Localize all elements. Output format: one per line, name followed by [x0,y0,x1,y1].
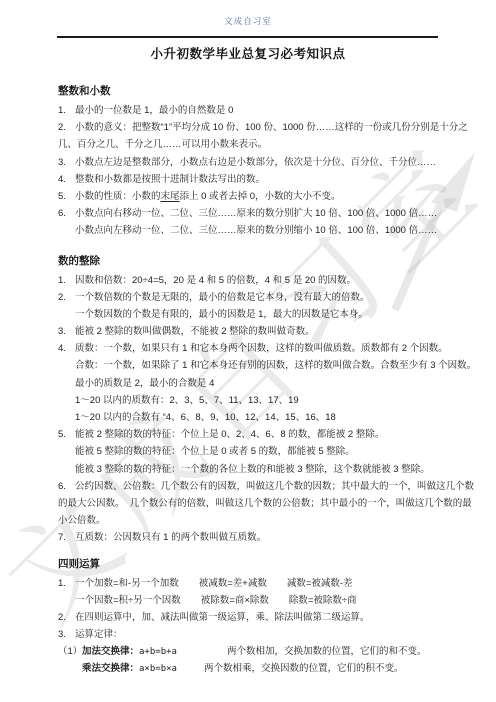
law-formula: a+b=b+a [139,647,177,657]
item-number: 2. [58,609,75,626]
list-item: 5.能被 2 整除的数的特征：个位上是 0、2、4、6、8 的数，都能被 2 整… [58,426,443,443]
page-title: 小升初数学毕业总复习必考知识点 [0,44,496,62]
item-text: 运算定律： [75,629,123,640]
formula-text: 被除数=商×除数 [201,595,269,606]
document-page: 文成自习室 文成自习室 小升初数学毕业总复习必考知识点 整数和小数 1.最小的一… [0,0,496,702]
list-item: 4.质数：一个数，如果只有 1 和它本身两个因数，这样的数叫做质数。质数都有 2… [58,340,443,357]
item-text: 最小的一位数是 1，最小的自然数是 0 [75,105,233,116]
item-text: 一个数因数的个数是有限的，最小的因数是 1，最大的因数是它本身。 [75,309,368,320]
list-item: 3.小数点左边是整数部分，小数点右边是小数部分，依次是十分位、百分位、千分位…… [58,154,443,171]
item-text: 最小的质数是 2，最小的合数是 4 [75,378,214,389]
item-text: 在四则运算中，加、减法叫做第一级运算，乘、除法叫做第二级运算。 [75,612,370,623]
item-text: 能被 5 整除的数的特征：个位上是 0 或者 5 的数，都能被 5 整除。 [75,446,355,457]
item-text: 一个数倍数的个数是无限的，最小的倍数是它本身，没有最大的倍数。 [75,292,370,303]
list-item-continuation: 一个数因数的个数是有限的，最小的因数是 1，最大的因数是它本身。 [58,306,443,323]
item-number: （1） [58,643,82,660]
item-text: 公约因数、公倍数：几个数公有的因数，叫做这几个数的因数；其中最大的一个，叫做这几… [75,481,474,492]
item-number: 2. [58,119,75,136]
item-number: 4. [58,340,75,357]
list-item: 1.最小的一位数是 1，最小的自然数是 0 [58,102,443,119]
list-item-continuation: 最小的质数是 2，最小的合数是 4 [58,375,443,392]
formula-text: 减数=被减数-差 [287,578,353,589]
item-text: 1～20 以内的合数有 “4、6、8、9、10、12、14、15、16、18 [75,412,336,423]
item-text: 互质数：公因数只有 1 的两个数叫做互质数。 [75,532,266,543]
item-text: 小数的意义：把整数“1”平均分成 10 份、100 份、1000 份……这样的一… [75,122,468,133]
list-item-continuation: 的最大公因数。 几个数公有的倍数，叫做这几个数的公倍数；其中最小的一个，叫做这几… [58,495,443,512]
formula-text: 一个因数=积÷另一个因数 [75,595,181,606]
header-divider [57,36,438,38]
list-item-continuation: 能被 3 整除的数的特征：一个数的各位上数的和能被 3 整除，这个数就能被 3 … [58,461,443,478]
item-number: 3. [58,626,75,643]
item-text: 小数点左边是整数部分，小数点右边是小数部分，依次是十分位、百分位、千分位…… [75,157,436,168]
item-text: 的最大公因数。 几个数公有的倍数，叫做这几个数的公倍数；其中最小的一个，叫做这几… [58,498,472,509]
list-item: 1.因数和倍数：20÷4=5，20 是 4 和 5 的倍数，4 和 5 是 20… [58,272,443,289]
item-number: 6. [58,478,75,495]
list-item-continuation: 1～20 以内的质数有：2、3、5、7、11、13、17、19 [58,392,443,409]
item-number: 4. [58,171,75,188]
item-number: 5. [58,188,75,205]
underlined-text: 末尾 [161,191,180,202]
list-item: 7.互质数：公因数只有 1 的两个数叫做互质数。 [58,529,443,546]
list-item: 6.公约因数、公倍数：几个数公有的因数，叫做这几个数的因数；其中最大的一个，叫做… [58,478,443,495]
item-number: 3. [58,154,75,171]
law-formula: a×b=b×a [139,664,177,674]
list-item: （1）加法交换律：a+b=b+a两个数相加，交换加数的位置，它们的和不变。 [58,643,443,660]
law-description: 两个数相加，交换加数的位置，它们的和不变。 [227,646,427,657]
item-text: 质数：一个数，如果只有 1 和它本身两个因数，这样的数叫做质数。质数都有 2 个… [75,343,448,354]
item-text: 整数和小数都是按照十进制计数法写出的数。 [75,174,265,185]
page-header-studio-name: 文成自习室 [0,15,496,27]
law-name: 加法交换律： [82,646,139,657]
section-heading-divisibility: 数的整除 [58,254,443,272]
item-text: 因数和倍数：20÷4=5，20 是 4 和 5 的倍数，4 和 5 是 20 的… [75,275,356,286]
formula-text: 除数=被除数÷商 [289,595,357,606]
item-text: 能被 2 整除的数的特征：个位上是 0、2、4、6、8 的数，都能被 2 整除。 [75,429,384,440]
item-text: 1～20 以内的质数有：2、3、5、7、11、13、17、19 [75,395,299,406]
list-item: 3.运算定律： [58,626,443,643]
section-heading-four-operations: 四则运算 [58,557,443,575]
item-number: 7. [58,529,75,546]
law-description: 两个数相乘，交换因数的位置，它们的积不变。 [204,663,404,674]
list-item: 2.小数的意义：把整数“1”平均分成 10 份、100 份、1000 份……这样… [58,119,443,136]
item-number: 3. [58,323,75,340]
item-number: 1. [58,272,75,289]
list-item: 3.能被 2 整除的数叫做偶数，不能被 2 整除的数叫做奇数。 [58,323,443,340]
list-item-continuation: 小公倍数。 [58,512,443,529]
list-item-continuation: 合数：一个数，如果除了 1 和它本身还有别的因数，这样的数叫做合数。合数至少有 … [58,357,443,374]
document-body: 整数和小数 1.最小的一位数是 1，最小的自然数是 0 2.小数的意义：把整数“… [58,84,443,678]
item-text: 合数：一个数，如果除了 1 和它本身还有别的因数，这样的数叫做合数。合数至少有 … [75,360,476,371]
list-item: 1.一个加数=和-另一个加数被减数=差+减数减数=被减数-差 [58,575,443,592]
item-text: 添上 0 或者去掉 0，小数的大小不变。 [180,191,341,202]
item-text: 小数点向左移动一位、二位、三位……原来的数分别缩小 10 倍、100 倍、100… [75,225,437,236]
item-text: 小公倍数。 [58,515,106,526]
item-text: 小数的性质：小数的 [75,191,161,202]
item-number: 2. [58,289,75,306]
list-item: 2.一个数倍数的个数是无限的，最小的倍数是它本身，没有最大的倍数。 [58,289,443,306]
list-item-continuation: 乘法交换律：a×b=b×a两个数相乘，交换因数的位置，它们的积不变。 [58,660,443,677]
item-number: 1. [58,102,75,119]
law-name: 乘法交换律： [82,663,139,674]
list-item: 4.整数和小数都是按照十进制计数法写出的数。 [58,171,443,188]
list-item: 2.在四则运算中，加、减法叫做第一级运算，乘、除法叫做第二级运算。 [58,609,443,626]
item-text: 能被 3 整除的数的特征：一个数的各位上数的和能被 3 整除，这个数就能被 3 … [75,464,430,475]
list-item-continuation: 能被 5 整除的数的特征：个位上是 0 或者 5 的数，都能被 5 整除。 [58,443,443,460]
formula-text: 一个加数=和-另一个加数 [75,578,179,589]
item-number: 5. [58,426,75,443]
list-item-continuation: 小数点向左移动一位、二位、三位……原来的数分别缩小 10 倍、100 倍、100… [58,222,443,239]
item-text: 几、百分之几、千分之几……可以用小数来表示。 [58,139,267,150]
list-item: 6.小数点向右移动一位、二位、三位……原来的数分别扩大 10 倍、100 倍、1… [58,205,443,222]
item-number: 1. [58,575,75,592]
list-item-continuation: 几、百分之几、千分之几……可以用小数来表示。 [58,136,443,153]
item-text: 小数点向右移动一位、二位、三位……原来的数分别扩大 10 倍、100 倍、100… [75,208,437,219]
list-item: 5.小数的性质：小数的末尾添上 0 或者去掉 0，小数的大小不变。 [58,188,443,205]
formula-text: 被减数=差+减数 [199,578,267,589]
item-number: 6. [58,205,75,222]
item-text: 能被 2 整除的数叫做偶数，不能被 2 整除的数叫做奇数。 [75,326,315,337]
list-item-continuation: 一个因数=积÷另一个因数被除数=商×除数除数=被除数÷商 [58,592,443,609]
section-heading-integers-decimals: 整数和小数 [58,84,443,102]
list-item-continuation: 1～20 以内的合数有 “4、6、8、9、10、12、14、15、16、18 [58,409,443,426]
